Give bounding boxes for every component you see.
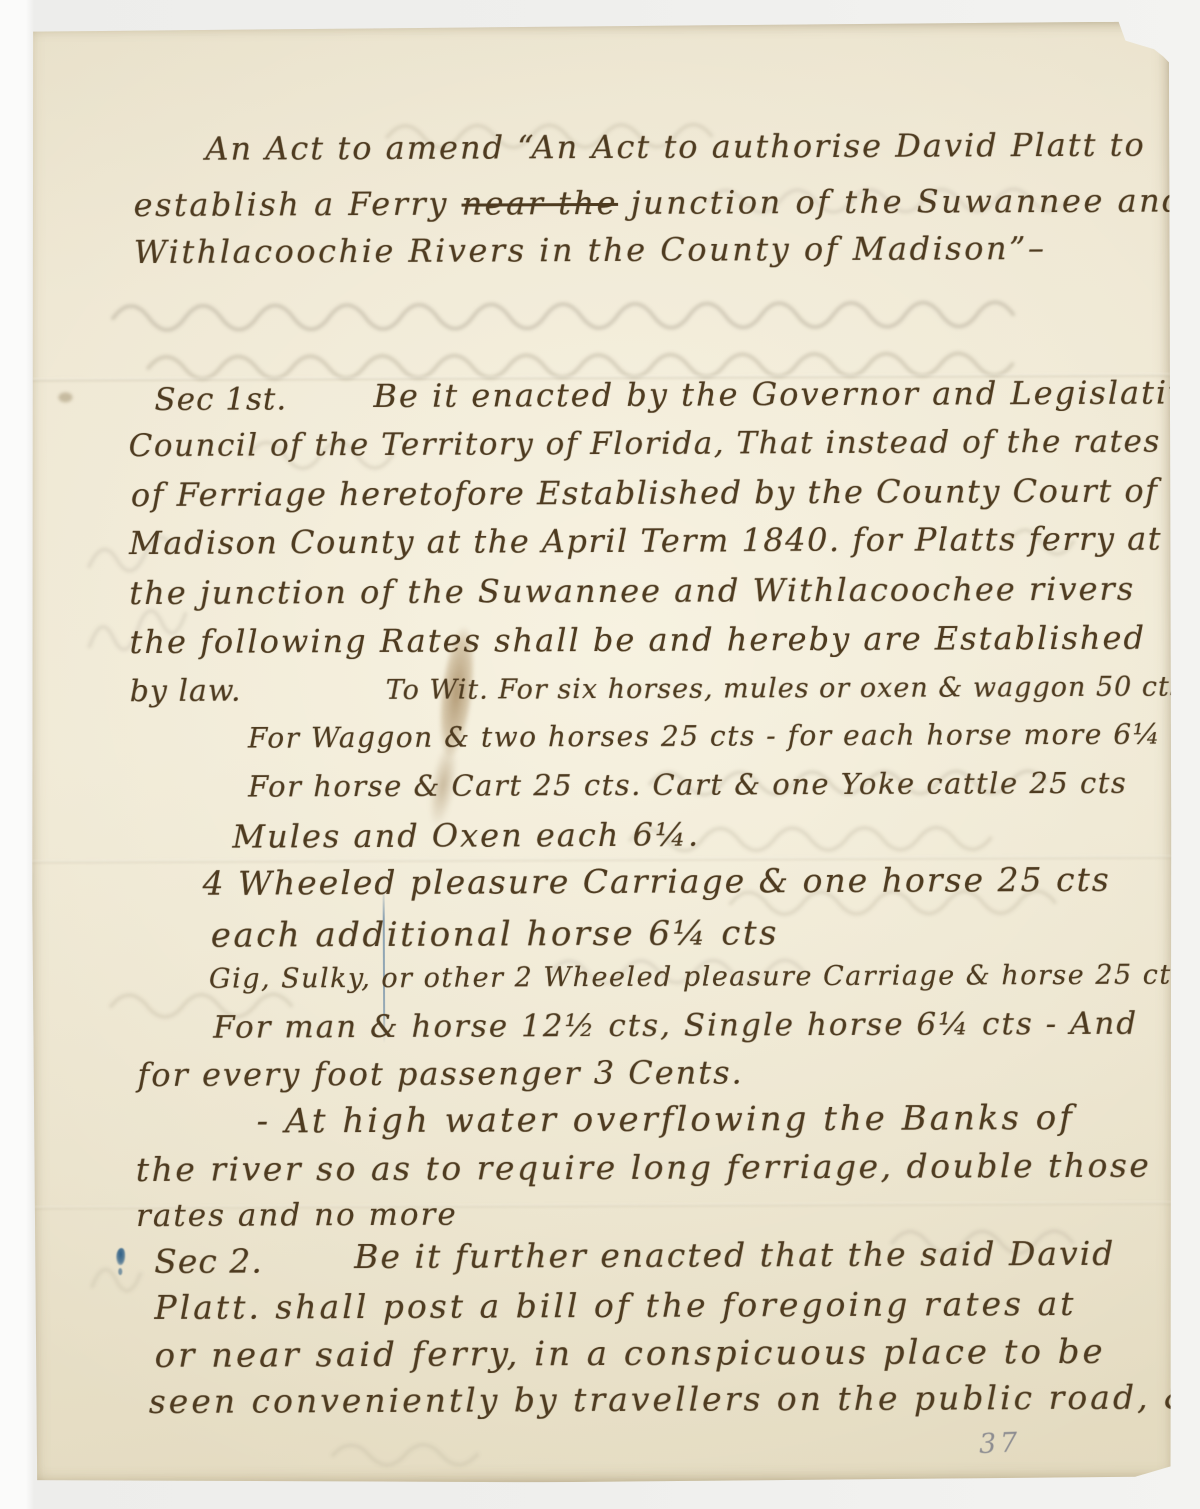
section1-line-2: Council of the Territory of Florida, Tha… [129, 424, 1161, 465]
section1-law-label: by law. [130, 674, 242, 709]
body-text: the river so as to require long ferriage… [136, 1146, 1152, 1189]
rate-text: for every foot passenger 3 Cents. [137, 1053, 744, 1094]
body-text: Be it further enacted that the said Davi… [354, 1234, 1115, 1276]
body-text: To Wit. For six horses, mules or oxen & … [386, 671, 1185, 705]
section2-label: Sec 2. [154, 1241, 263, 1280]
rate-text: Gig, Sulky, or other 2 Wheeled pleasure … [209, 959, 1187, 994]
body-text: or near said ferry, in a conspicuous pla… [155, 1332, 1106, 1376]
body-text: of Ferriage heretofore Established by th… [131, 472, 1159, 514]
highwater-line-2: the river so as to require long ferriage… [136, 1146, 1152, 1189]
page-number: 37 [978, 1427, 1022, 1460]
paper-nick [58, 392, 72, 402]
section2-line-2: Platt. shall post a bill of the foregoin… [154, 1284, 1076, 1327]
manuscript-page: An Act to amend “An Act to authorise Dav… [27, 22, 1175, 1485]
blue-ink-blot [116, 1248, 125, 1265]
section1-line-1: Be it enacted by the Governor and Legisl… [373, 373, 1200, 415]
rate-text: 4 Wheeled pleasure Carriage & one horse … [202, 860, 1110, 903]
rate-line-horse-cart: For horse & Cart 25 cts. Cart & one Yoke… [248, 766, 1127, 804]
body-text: Platt. shall post a bill of the foregoin… [154, 1284, 1076, 1327]
body-text: the junction of the Suwannee and Withlac… [129, 570, 1135, 612]
highwater-line-1: - At high water overflowing the Banks of [257, 1098, 1075, 1142]
rate-line-waggon: For Waggon & two horses 25 cts - for eac… [248, 717, 1200, 754]
section1-label: Sec 1st. [154, 381, 287, 418]
section-label-text: Sec 1st. [154, 381, 287, 418]
section2-line-3: or near said ferry, in a conspicuous pla… [155, 1332, 1106, 1376]
highwater-line-3: rates and no more [136, 1197, 458, 1234]
section-label-text: Sec 2. [154, 1241, 263, 1280]
body-text: rates and no more [136, 1197, 458, 1234]
rate-line-mules-oxen: Mules and Oxen each 6¼. [232, 816, 700, 856]
section1-line-6: the following Rates shall be and hereby … [129, 619, 1146, 661]
act-title-text: Withlacoochie Rivers in the County of Ma… [134, 229, 1047, 271]
act-title-line-3: Withlacoochie Rivers in the County of Ma… [134, 229, 1047, 271]
act-title-line-1: An Act to amend “An Act to authorise Dav… [205, 126, 1146, 168]
section1-towit-line: To Wit. For six horses, mules or oxen & … [386, 671, 1185, 705]
rate-line-foot-passenger: for every foot passenger 3 Cents. [137, 1053, 744, 1094]
act-title-text: An Act to amend “An Act to authorise Dav… [205, 126, 1146, 168]
page-number-text: 37 [978, 1427, 1022, 1460]
section1-line-5: the junction of the Suwannee and Withlac… [129, 570, 1135, 612]
body-text: the following Rates shall be and hereby … [129, 619, 1146, 661]
body-text: - At high water overflowing the Banks of [257, 1098, 1075, 1142]
act-title-text: junction of the Suwannee and [618, 181, 1185, 221]
body-text: by law. [130, 674, 242, 709]
rate-line-4wheel-carriage: 4 Wheeled pleasure Carriage & one horse … [202, 860, 1110, 903]
section2-line-4: seen conveniently by travellers on the p… [149, 1377, 1197, 1421]
section1-line-3: of Ferriage heretofore Established by th… [131, 472, 1159, 514]
rate-line-additional-horse: each additional horse 6¼ cts [211, 913, 779, 955]
section2-line-1: Be it further enacted that the said Davi… [354, 1234, 1115, 1276]
rate-text: Mules and Oxen each 6¼. [232, 816, 700, 856]
body-text: Be it enacted by the Governor and Legisl… [373, 373, 1200, 415]
body-text: Madison County at the April Term 1840. f… [129, 520, 1162, 563]
rate-text: For man & horse 12½ cts, Single horse 6¼… [213, 1006, 1138, 1046]
act-title-text: establish a Ferry [134, 185, 462, 224]
section1-line-4: Madison County at the April Term 1840. f… [129, 520, 1162, 563]
rate-line-gig-sulky: Gig, Sulky, or other 2 Wheeled pleasure … [209, 959, 1187, 994]
rate-line-man-horse: For man & horse 12½ cts, Single horse 6¼… [213, 1006, 1138, 1046]
struck-text: near the [461, 184, 618, 223]
document-scan: An Act to amend “An Act to authorise Dav… [0, 0, 1200, 1509]
rate-text: For Waggon & two horses 25 cts - for eac… [248, 717, 1200, 754]
rate-text: For horse & Cart 25 cts. Cart & one Yoke… [248, 766, 1127, 804]
body-text: Council of the Territory of Florida, Tha… [129, 424, 1161, 465]
act-title-line-2: establish a Ferry near the junction of t… [134, 181, 1186, 224]
rate-text: each additional horse 6¼ cts [211, 913, 779, 955]
body-text: seen conveniently by travellers on the p… [149, 1377, 1197, 1421]
